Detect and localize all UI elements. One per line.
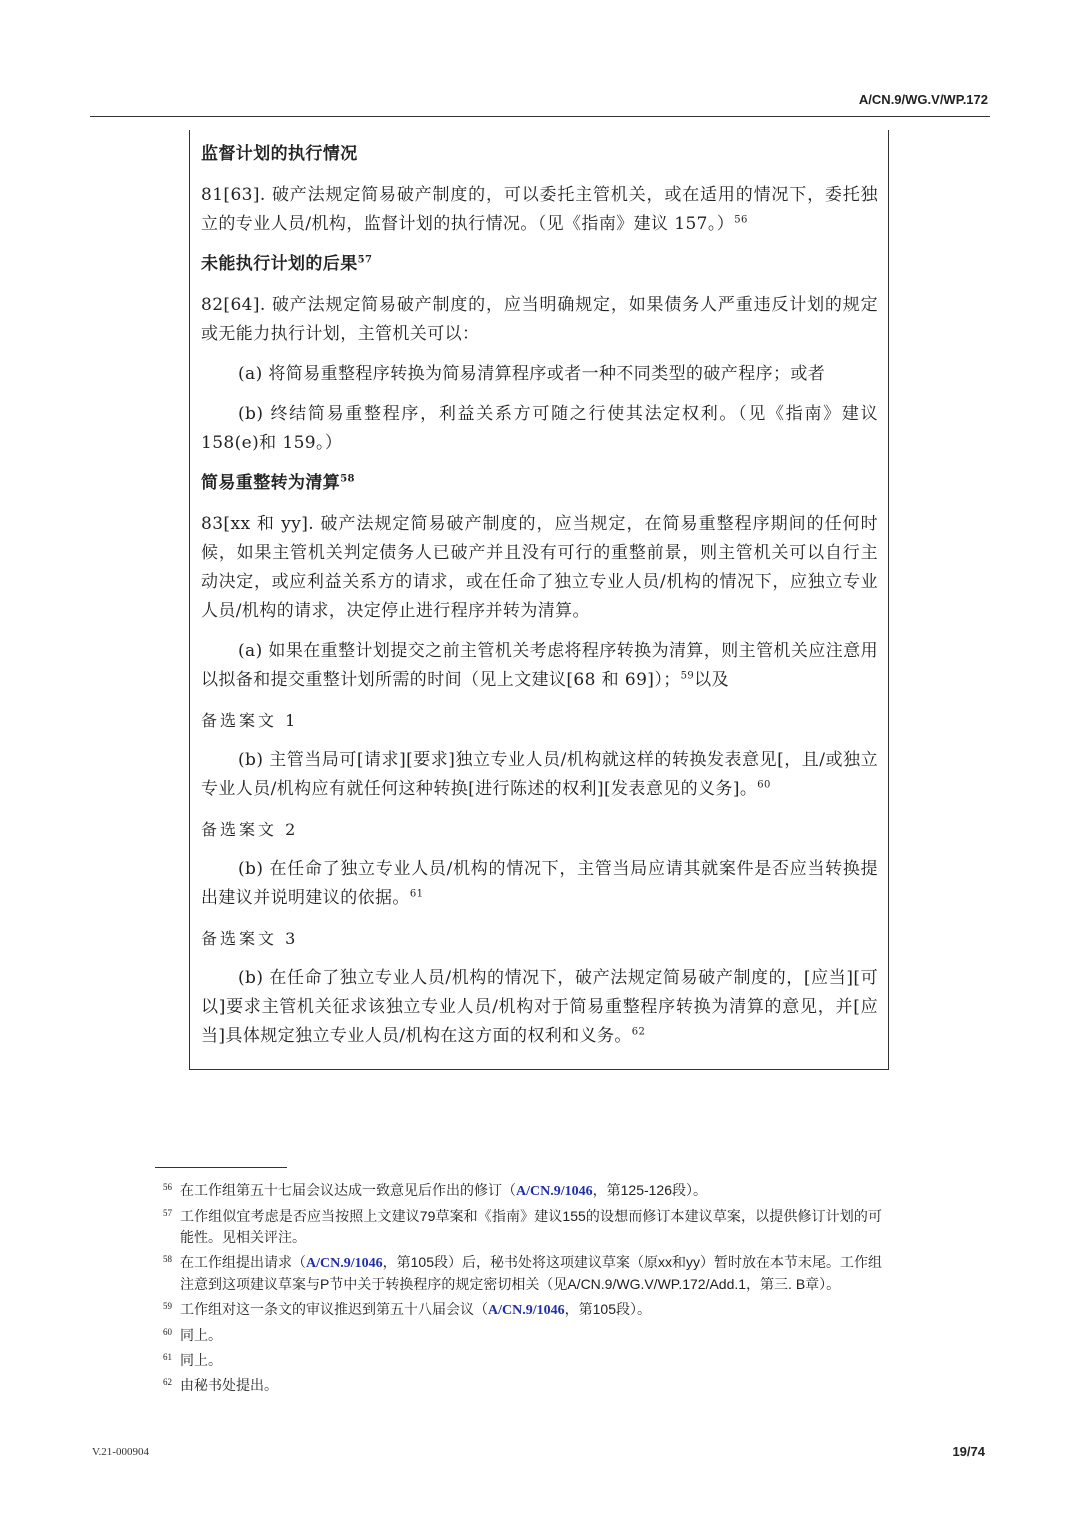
recommendation-81: 81[63]. 破产法规定简易破产制度的，可以委托主管机关，或在适用的情况下，委… <box>201 181 878 239</box>
alternative-text-1: (b) 主管当局可[请求][要求]独立专业人员/机构就这样的转换发表意见[，且/… <box>201 746 878 804</box>
alternative-text-3: (b) 在任命了独立专业人员/机构的情况下，破产法规定简易破产制度的，[应当][… <box>201 964 878 1051</box>
footnote-ref-58[interactable]: 58 <box>340 473 355 484</box>
footnote-59: 59工作组对这一条文的审议推迟到第五十八届会议（A/CN.9/1046，第105… <box>180 1299 882 1321</box>
footnote-ref-61[interactable]: 61 <box>410 888 424 899</box>
footnote-56: 56在工作组第五十七届会议达成一致意见后作出的修订（A/CN.9/1046，第1… <box>180 1180 882 1202</box>
alternative-label-1: 备选案文 1 <box>201 706 878 735</box>
recommendation-83: 83[xx 和 yy]. 破产法规定简易破产制度的，应当规定，在简易重整程序期间… <box>201 510 878 626</box>
footnote-58: 58在工作组提出请求（A/CN.9/1046，第105段）后，秘书处将这项建议草… <box>180 1252 882 1295</box>
alternative-label-2: 备选案文 2 <box>201 815 878 844</box>
recommendation-83-item-a: (a) 如果在重整计划提交之前主管机关考虑将程序转换为清算，则主管机关应注意用以… <box>201 637 878 695</box>
footnote-57: 57工作组似宜考虑是否应当按照上文建议79草案和《指南》建议155的设想而修订本… <box>180 1206 882 1248</box>
document-link[interactable]: A/CN.9/1046 <box>516 1184 593 1199</box>
recommendation-82-item-a: (a) 将简易重整程序转换为简易清算程序或者一种不同类型的破产程序；或者 <box>201 360 878 389</box>
footnote-60: 60同上。 <box>180 1325 882 1346</box>
footnote-ref-57[interactable]: 57 <box>358 254 373 265</box>
header-divider <box>90 116 990 117</box>
footnote-ref-56[interactable]: 56 <box>734 214 748 225</box>
footnote-separator <box>155 1167 287 1168</box>
alternative-text-2: (b) 在任命了独立专业人员/机构的情况下，主管当局应请其就案件是否应当转换提出… <box>201 855 878 913</box>
document-link[interactable]: A/CN.9/1046 <box>306 1256 383 1271</box>
footnote-ref-60[interactable]: 60 <box>757 779 771 790</box>
recommendations-box: 监督计划的执行情况 81[63]. 破产法规定简易破产制度的，可以委托主管机关，… <box>189 130 889 1070</box>
document-link[interactable]: A/CN.9/1046 <box>488 1303 565 1318</box>
page-number: 19/74 <box>952 1444 985 1459</box>
footnote-ref-62[interactable]: 62 <box>632 1026 646 1037</box>
footnote-62: 62由秘书处提出。 <box>180 1375 882 1396</box>
section-heading-supervision: 监督计划的执行情况 <box>201 140 878 169</box>
footnote-61: 61同上。 <box>180 1350 882 1371</box>
recommendation-82-item-b: (b) 终结简易重整程序，利益关系方可随之行使其法定权利。（见《指南》建议 15… <box>201 400 878 458</box>
section-heading-failure: 未能执行计划的后果57 <box>201 250 878 279</box>
document-symbol: A/CN.9/WG.V/WP.172 <box>859 92 988 107</box>
alternative-label-3: 备选案文 3 <box>201 924 878 953</box>
document-number: V.21-000904 <box>92 1446 149 1458</box>
footnote-ref-59[interactable]: 59 <box>681 670 695 681</box>
section-heading-conversion: 简易重整转为清算58 <box>201 469 878 498</box>
recommendation-82: 82[64]. 破产法规定简易破产制度的，应当明确规定，如果债务人严重违反计划的… <box>201 291 878 349</box>
footnotes: 56在工作组第五十七届会议达成一致意见后作出的修订（A/CN.9/1046，第1… <box>180 1180 882 1400</box>
